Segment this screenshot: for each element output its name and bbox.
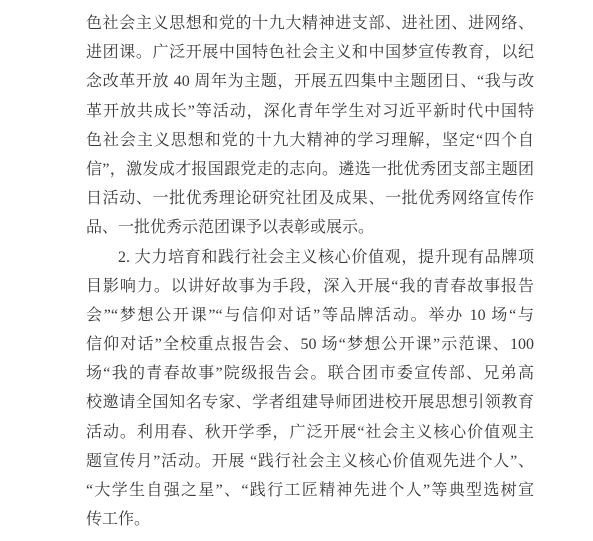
text-line: 进团课。广泛开展中国特色社会主义和中国梦宣传教育，以纪 [86,38,534,67]
text-line: 题宣传月”活动。开展 “践行社会主义核心价值观先进个人”、 [86,447,534,476]
text-line: 活动。利用春、秋开学季，广泛开展“社会主义核心价值观主 [86,418,534,447]
text-line: 校邀请全国知名专家、学者组建导师团进校开展思想引领教育 [86,388,534,417]
text-line: 会”“梦想公开课”“与信仰对话”等品牌活动。举办 10 场“与 [86,301,534,330]
text-line: 2. 大力培育和践行社会主义核心价值观，提升现有品牌项 [86,243,534,272]
text-line: 色社会主义思想和党的十九大精神的学习理解，坚定“四个自 [86,126,534,155]
text-line: 目影响力。以讲好故事为手段，深入开展“我的青春故事报告 [86,272,534,301]
text-line: 场“我的青春故事”院级报告会。联合团市委宣传部、兄弟高 [86,359,534,388]
text-line: 信”，激发成才报国跟党走的志向。遴选一批优秀团支部主题团 [86,155,534,184]
text-line: 信仰对话”全校重点报告会、50 场“梦想公开课”示范课、100 [86,330,534,359]
text-line: 念改革开放 40 周年为主题，开展五四集中主题团日、“我与改 [86,67,534,96]
text-line: 日活动、一批优秀理论研究社团及成果、一批优秀网络宣传作 [86,184,534,213]
document-page: 色社会主义思想和党的十九大精神进支部、进社团、进网络、进团课。广泛开展中国特色社… [0,0,593,541]
text-line: 色社会主义思想和党的十九大精神进支部、进社团、进网络、 [86,9,534,38]
text-line: “大学生自强之星”、“践行工匠精神先进个人”等典型选树宣 [86,476,534,505]
document-body-text: 色社会主义思想和党的十九大精神进支部、进社团、进网络、进团课。广泛开展中国特色社… [86,9,534,534]
text-line: 革开放共成长”等活动，深化青年学生对习近平新时代中国特 [86,97,534,126]
text-line: 品、一批优秀示范团课予以表彰或展示。 [86,213,534,242]
text-line: 传工作。 [86,505,534,534]
